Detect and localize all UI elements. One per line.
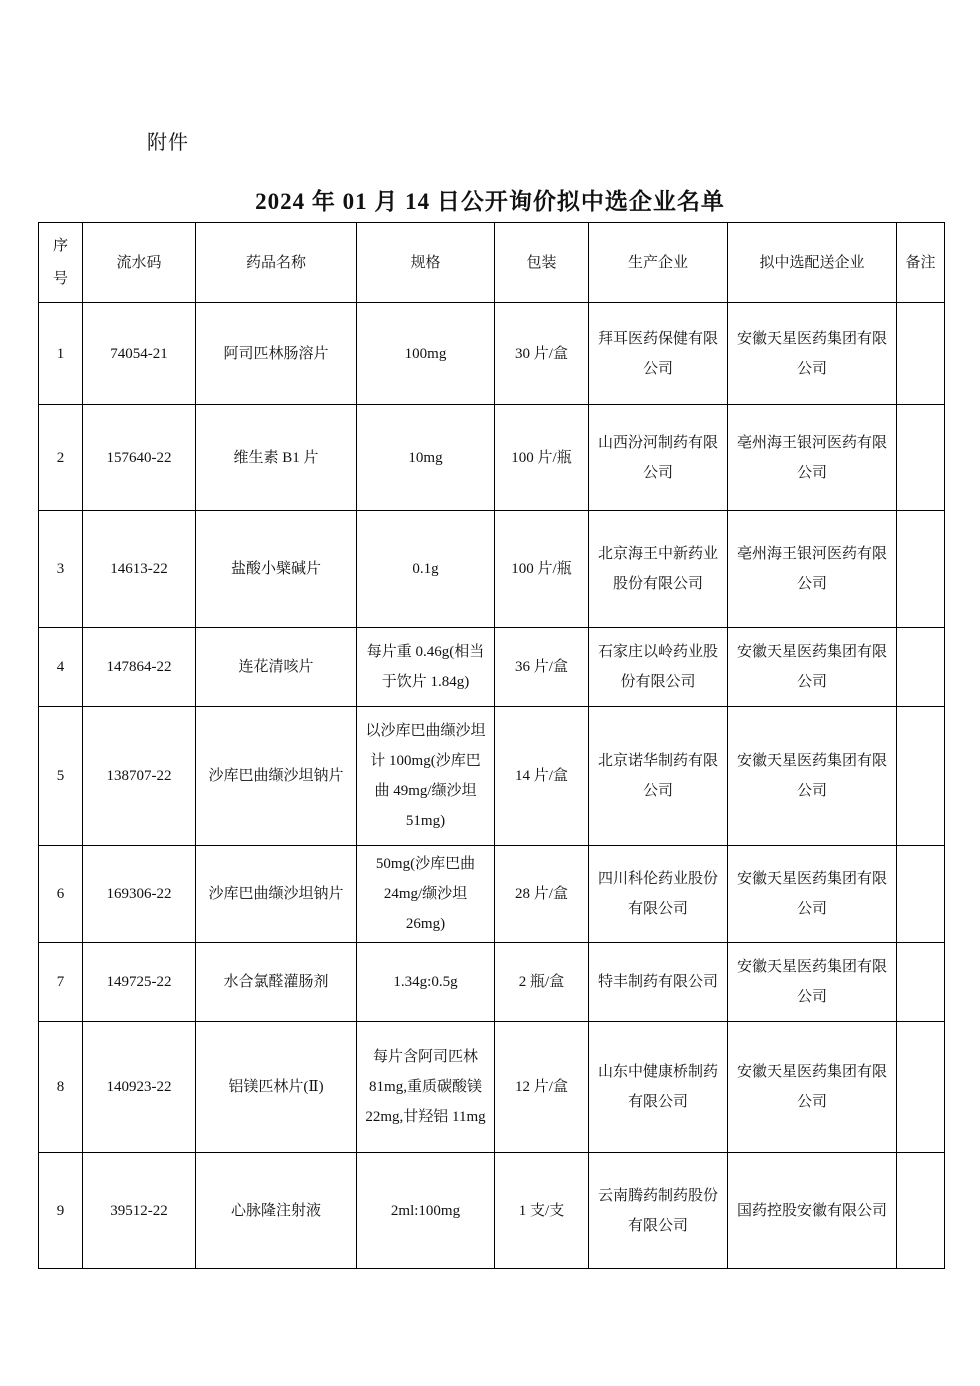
- cell-specification: 50mg(沙库巴曲 24mg/缬沙坦 26mg): [357, 846, 495, 943]
- cell-specification: 每片含阿司匹林 81mg,重质碳酸镁 22mg,甘羟铝 11mg: [357, 1022, 495, 1153]
- cell-package: 30 片/盒: [495, 303, 589, 405]
- cell-remarks: [897, 511, 945, 628]
- drug-selection-table: 序号 流水码 药品名称 规格 包装 生产企业 拟中选配送企业 备注 174054…: [38, 222, 945, 1269]
- table-row: 5138707-22沙库巴曲缬沙坦钠片以沙库巴曲缬沙坦计 100mg(沙库巴曲 …: [39, 707, 945, 846]
- cell-seq-no: 9: [39, 1153, 83, 1269]
- cell-serial-code: 14613-22: [83, 511, 196, 628]
- cell-seq-no: 7: [39, 943, 83, 1022]
- cell-serial-code: 147864-22: [83, 628, 196, 707]
- header-manufacturer: 生产企业: [589, 223, 728, 303]
- cell-distributor: 安徽天星医药集团有限公司: [728, 943, 897, 1022]
- cell-package: 36 片/盒: [495, 628, 589, 707]
- cell-distributor: 安徽天星医药集团有限公司: [728, 846, 897, 943]
- header-remarks: 备注: [897, 223, 945, 303]
- cell-remarks: [897, 943, 945, 1022]
- cell-serial-code: 149725-22: [83, 943, 196, 1022]
- header-serial-code: 流水码: [83, 223, 196, 303]
- cell-package: 12 片/盒: [495, 1022, 589, 1153]
- cell-package: 100 片/瓶: [495, 511, 589, 628]
- cell-distributor: 安徽天星医药集团有限公司: [728, 303, 897, 405]
- cell-remarks: [897, 1153, 945, 1269]
- table-row: 6169306-22沙库巴曲缬沙坦钠片50mg(沙库巴曲 24mg/缬沙坦 26…: [39, 846, 945, 943]
- cell-specification: 2ml:100mg: [357, 1153, 495, 1269]
- cell-specification: 0.1g: [357, 511, 495, 628]
- table-row: 939512-22心脉隆注射液2ml:100mg1 支/支云南腾药制药股份有限公…: [39, 1153, 945, 1269]
- document-page: 附件 2024 年 01 月 14 日公开询价拟中选企业名单 序号 流水码 药品…: [0, 0, 980, 1386]
- cell-manufacturer: 北京诺华制药有限公司: [589, 707, 728, 846]
- cell-seq-no: 5: [39, 707, 83, 846]
- cell-drug-name: 沙库巴曲缬沙坦钠片: [196, 707, 357, 846]
- cell-drug-name: 盐酸小檗碱片: [196, 511, 357, 628]
- cell-manufacturer: 四川科伦药业股份有限公司: [589, 846, 728, 943]
- cell-distributor: 安徽天星医药集团有限公司: [728, 707, 897, 846]
- table-header-row: 序号 流水码 药品名称 规格 包装 生产企业 拟中选配送企业 备注: [39, 223, 945, 303]
- cell-manufacturer: 特丰制药有限公司: [589, 943, 728, 1022]
- header-specification: 规格: [357, 223, 495, 303]
- cell-remarks: [897, 707, 945, 846]
- cell-drug-name: 维生素 B1 片: [196, 405, 357, 511]
- cell-package: 100 片/瓶: [495, 405, 589, 511]
- cell-package: 1 支/支: [495, 1153, 589, 1269]
- attachment-label: 附件: [147, 126, 189, 155]
- cell-serial-code: 157640-22: [83, 405, 196, 511]
- table-row: 8140923-22铝镁匹林片(Ⅱ)每片含阿司匹林 81mg,重质碳酸镁 22m…: [39, 1022, 945, 1153]
- cell-seq-no: 8: [39, 1022, 83, 1153]
- cell-manufacturer: 北京海王中新药业股份有限公司: [589, 511, 728, 628]
- header-distributor: 拟中选配送企业: [728, 223, 897, 303]
- cell-manufacturer: 拜耳医药保健有限公司: [589, 303, 728, 405]
- cell-manufacturer: 云南腾药制药股份有限公司: [589, 1153, 728, 1269]
- cell-manufacturer: 山东中健康桥制药有限公司: [589, 1022, 728, 1153]
- cell-distributor: 国药控股安徽有限公司: [728, 1153, 897, 1269]
- cell-seq-no: 4: [39, 628, 83, 707]
- cell-drug-name: 阿司匹林肠溶片: [196, 303, 357, 405]
- cell-specification: 100mg: [357, 303, 495, 405]
- cell-distributor: 亳州海王银河医药有限公司: [728, 405, 897, 511]
- cell-package: 14 片/盒: [495, 707, 589, 846]
- header-drug-name: 药品名称: [196, 223, 357, 303]
- table-row: 2157640-22维生素 B1 片10mg100 片/瓶山西汾河制药有限公司亳…: [39, 405, 945, 511]
- cell-remarks: [897, 303, 945, 405]
- cell-specification: 10mg: [357, 405, 495, 511]
- cell-drug-name: 连花清咳片: [196, 628, 357, 707]
- cell-specification: 1.34g:0.5g: [357, 943, 495, 1022]
- table-row: 4147864-22连花清咳片每片重 0.46g(相当于饮片 1.84g)36 …: [39, 628, 945, 707]
- table-body: 174054-21阿司匹林肠溶片100mg30 片/盒拜耳医药保健有限公司安徽天…: [39, 303, 945, 1269]
- cell-drug-name: 铝镁匹林片(Ⅱ): [196, 1022, 357, 1153]
- page-title: 2024 年 01 月 14 日公开询价拟中选企业名单: [0, 183, 980, 216]
- cell-remarks: [897, 846, 945, 943]
- cell-distributor: 亳州海王银河医药有限公司: [728, 511, 897, 628]
- cell-specification: 以沙库巴曲缬沙坦计 100mg(沙库巴曲 49mg/缬沙坦 51mg): [357, 707, 495, 846]
- cell-serial-code: 74054-21: [83, 303, 196, 405]
- cell-serial-code: 39512-22: [83, 1153, 196, 1269]
- cell-package: 28 片/盒: [495, 846, 589, 943]
- header-seq-no: 序号: [39, 223, 83, 303]
- cell-serial-code: 140923-22: [83, 1022, 196, 1153]
- cell-drug-name: 心脉隆注射液: [196, 1153, 357, 1269]
- cell-serial-code: 138707-22: [83, 707, 196, 846]
- table-row: 7149725-22水合氯醛灌肠剂1.34g:0.5g2 瓶/盒特丰制药有限公司…: [39, 943, 945, 1022]
- cell-remarks: [897, 1022, 945, 1153]
- cell-remarks: [897, 405, 945, 511]
- cell-drug-name: 沙库巴曲缬沙坦钠片: [196, 846, 357, 943]
- cell-distributor: 安徽天星医药集团有限公司: [728, 628, 897, 707]
- table-row: 174054-21阿司匹林肠溶片100mg30 片/盒拜耳医药保健有限公司安徽天…: [39, 303, 945, 405]
- cell-seq-no: 1: [39, 303, 83, 405]
- cell-package: 2 瓶/盒: [495, 943, 589, 1022]
- table-row: 314613-22盐酸小檗碱片0.1g100 片/瓶北京海王中新药业股份有限公司…: [39, 511, 945, 628]
- cell-seq-no: 2: [39, 405, 83, 511]
- cell-remarks: [897, 628, 945, 707]
- cell-serial-code: 169306-22: [83, 846, 196, 943]
- cell-specification: 每片重 0.46g(相当于饮片 1.84g): [357, 628, 495, 707]
- cell-seq-no: 6: [39, 846, 83, 943]
- header-seq-no-label: 序号: [52, 230, 69, 296]
- cell-distributor: 安徽天星医药集团有限公司: [728, 1022, 897, 1153]
- cell-seq-no: 3: [39, 511, 83, 628]
- header-package: 包装: [495, 223, 589, 303]
- cell-manufacturer: 石家庄以岭药业股份有限公司: [589, 628, 728, 707]
- cell-manufacturer: 山西汾河制药有限公司: [589, 405, 728, 511]
- cell-drug-name: 水合氯醛灌肠剂: [196, 943, 357, 1022]
